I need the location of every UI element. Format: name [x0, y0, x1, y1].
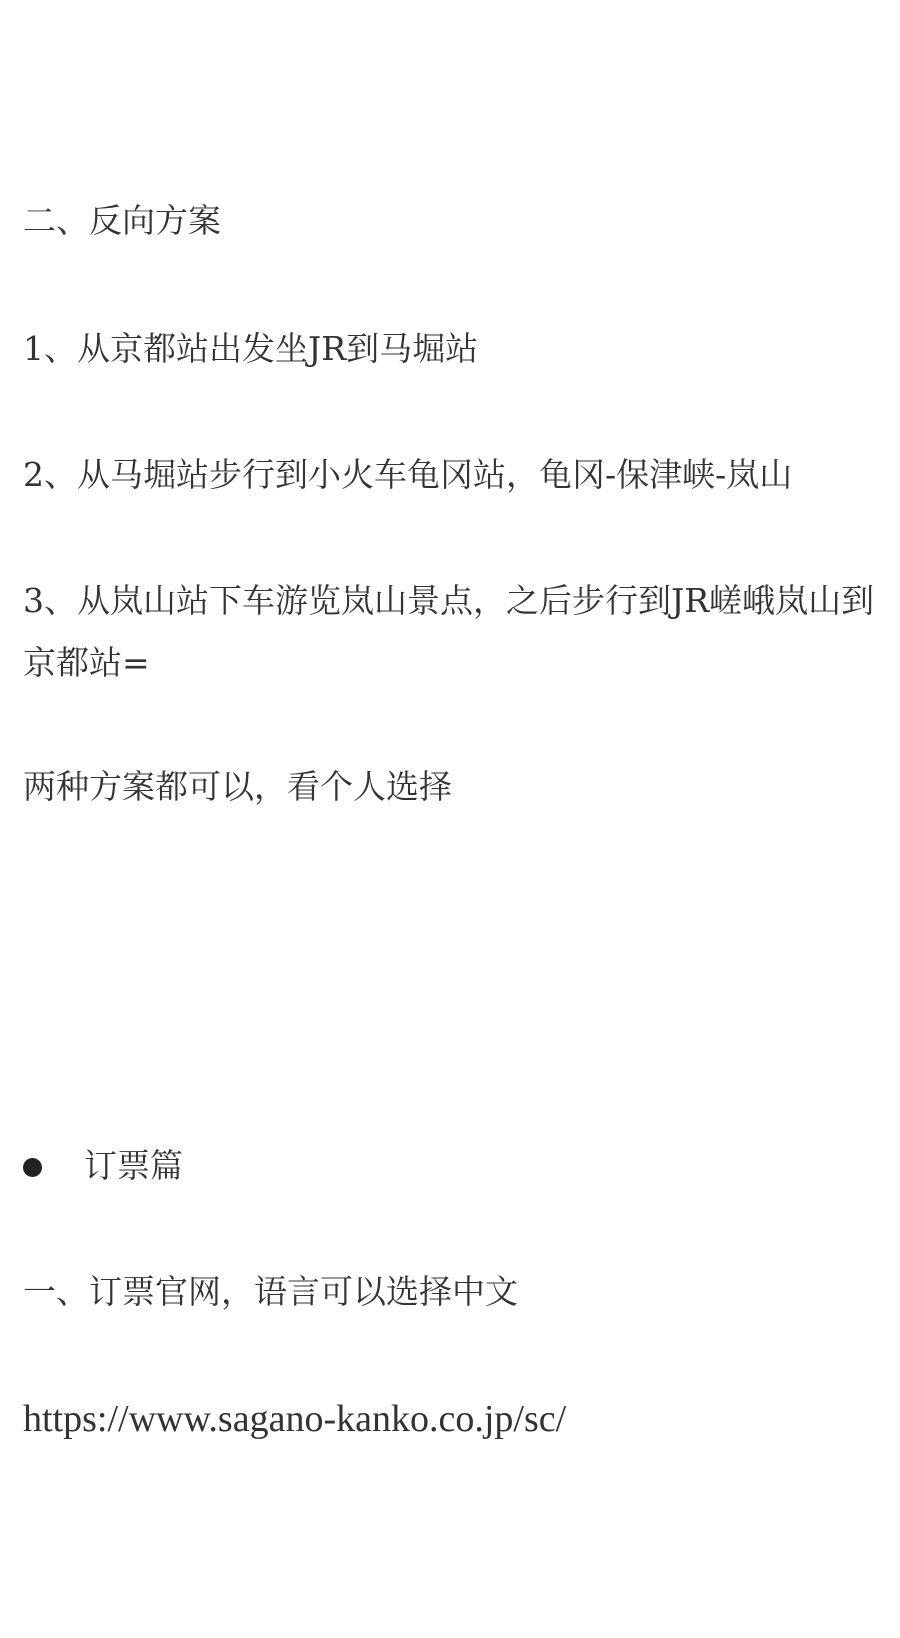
plan-step-2: 2、从马堀站步行到小火车龟冈站，龟冈-保津峡-岚山	[23, 444, 880, 506]
booking-official-site-link[interactable]: https://www.sagano-kanko.co.jp/sc/	[23, 1388, 880, 1450]
section-heading-reverse-plan: 二、反向方案	[23, 190, 880, 252]
bullet-dot-icon	[23, 1158, 42, 1177]
plan-summary: 两种方案都可以，看个人选择	[23, 756, 880, 818]
booking-section-title: 订票篇	[84, 1135, 183, 1197]
booking-item-1: 一、订票官网，语言可以选择中文	[23, 1261, 880, 1323]
plan-step-1: 1、从京都站出发坐JR到马堀站	[23, 318, 880, 380]
article-body: 二、反向方案 1、从京都站出发坐JR到马堀站 2、从马堀站步行到小火车龟冈站，龟…	[0, 0, 900, 1638]
bullet-item-booking: 订票篇	[23, 1135, 183, 1197]
plan-step-3: 3、从岚山站下车游览岚山景点，之后步行到JR嵯峨岚山到京都站=	[23, 570, 880, 694]
